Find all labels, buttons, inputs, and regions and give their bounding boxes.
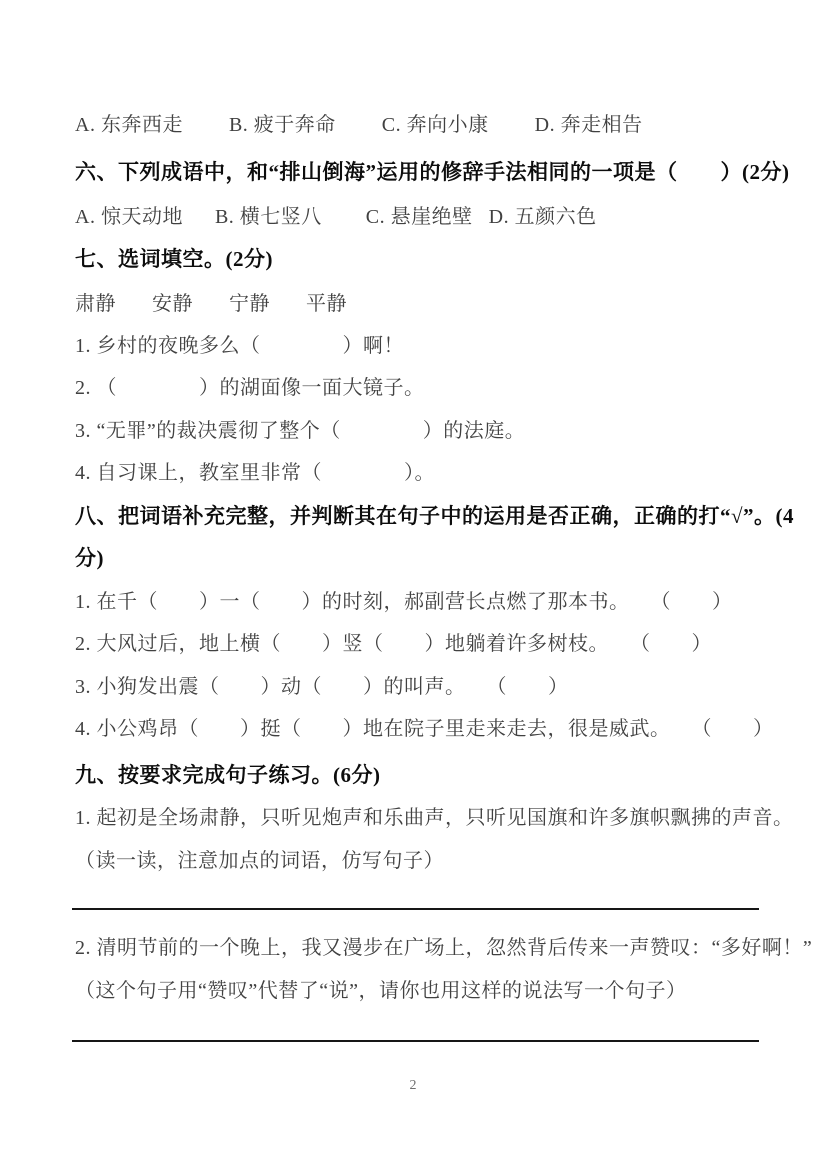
answer-line-2 — [72, 1040, 759, 1042]
q9-item-2: 2. 清明节前的一个晚上，我又漫步在广场上，忽然背后传来一声赞叹：“多好啊！” — [75, 931, 812, 960]
q8-heading-line1: 八、把词语补充完整，并判断其在句子中的运用是否正确，正确的打“√”。(4 — [75, 500, 794, 530]
q5-option-c: C. 奔向小康 — [382, 108, 489, 137]
q7-word-3: 宁静 — [229, 287, 270, 316]
q6-option-b: B. 横七竖八 — [215, 200, 322, 229]
test-paper-page: { "page": { "number": "2" }, "q5": { "op… — [0, 0, 826, 1169]
q6-option-a: A. 惊天动地 — [75, 200, 183, 229]
q8-item-1: 1. 在千（ ）一（ ）的时刻，郝副营长点燃了那本书。 （ ） — [75, 585, 733, 614]
q7-item-3: 3. “无罪”的裁决震彻了整个（ ）的法庭。 — [75, 414, 525, 443]
q7-word-2: 安静 — [152, 287, 193, 316]
q7-item-4: 4. 自习课上，教室里非常（ ）。 — [75, 456, 435, 485]
q6-option-c: C. 悬崖绝壁 — [366, 200, 473, 229]
q6-heading: 六、下列成语中，和“排山倒海”运用的修辞手法相同的一项是（ ）(2分) — [75, 156, 789, 186]
q7-item-1: 1. 乡村的夜晚多么（ ）啊！ — [75, 329, 404, 358]
page-number: 2 — [0, 1078, 826, 1094]
q8-item-2: 2. 大风过后，地上横（ ）竖（ ）地躺着许多树枝。 （ ） — [75, 627, 712, 656]
q5-options-row: A. 东奔西走B. 疲于奔命C. 奔向小康D. 奔走相告 — [75, 108, 689, 137]
q9-item-2-note: （这个句子用“赞叹”代替了“说”，请你也用这样的说法写一个句子） — [75, 974, 687, 1003]
q8-heading-line2: 分) — [75, 542, 104, 572]
q7-word-bank: 肃静安静宁静平静 — [75, 287, 383, 316]
q6-option-d: D. 五颜六色 — [489, 200, 597, 229]
answer-line-1 — [72, 908, 759, 910]
q5-option-d: D. 奔走相告 — [535, 108, 643, 137]
q5-option-a: A. 东奔西走 — [75, 108, 183, 137]
q6-options-row: A. 惊天动地B. 横七竖八C. 悬崖绝壁D. 五颜六色 — [75, 200, 597, 229]
q7-item-2: 2. （ ）的湖面像一面大镜子。 — [75, 371, 425, 400]
q9-item-1: 1. 起初是全场肃静，只听见炮声和乐曲声，只听见国旗和许多旗帜飘拂的声音。 — [75, 801, 794, 830]
q7-word-4: 平静 — [306, 287, 347, 316]
q7-heading: 七、选词填空。(2分) — [75, 243, 273, 273]
q7-word-1: 肃静 — [75, 287, 116, 316]
q5-option-b: B. 疲于奔命 — [229, 108, 336, 137]
q9-item-1-note: （读一读，注意加点的词语，仿写句子） — [75, 844, 444, 873]
q8-item-4: 4. 小公鸡昂（ ）挺（ ）地在院子里走来走去，很是威武。 （ ） — [75, 712, 774, 741]
q8-item-3: 3. 小狗发出震（ ）动（ ）的叫声。 （ ） — [75, 670, 569, 699]
q9-heading: 九、按要求完成句子练习。(6分) — [75, 759, 381, 789]
